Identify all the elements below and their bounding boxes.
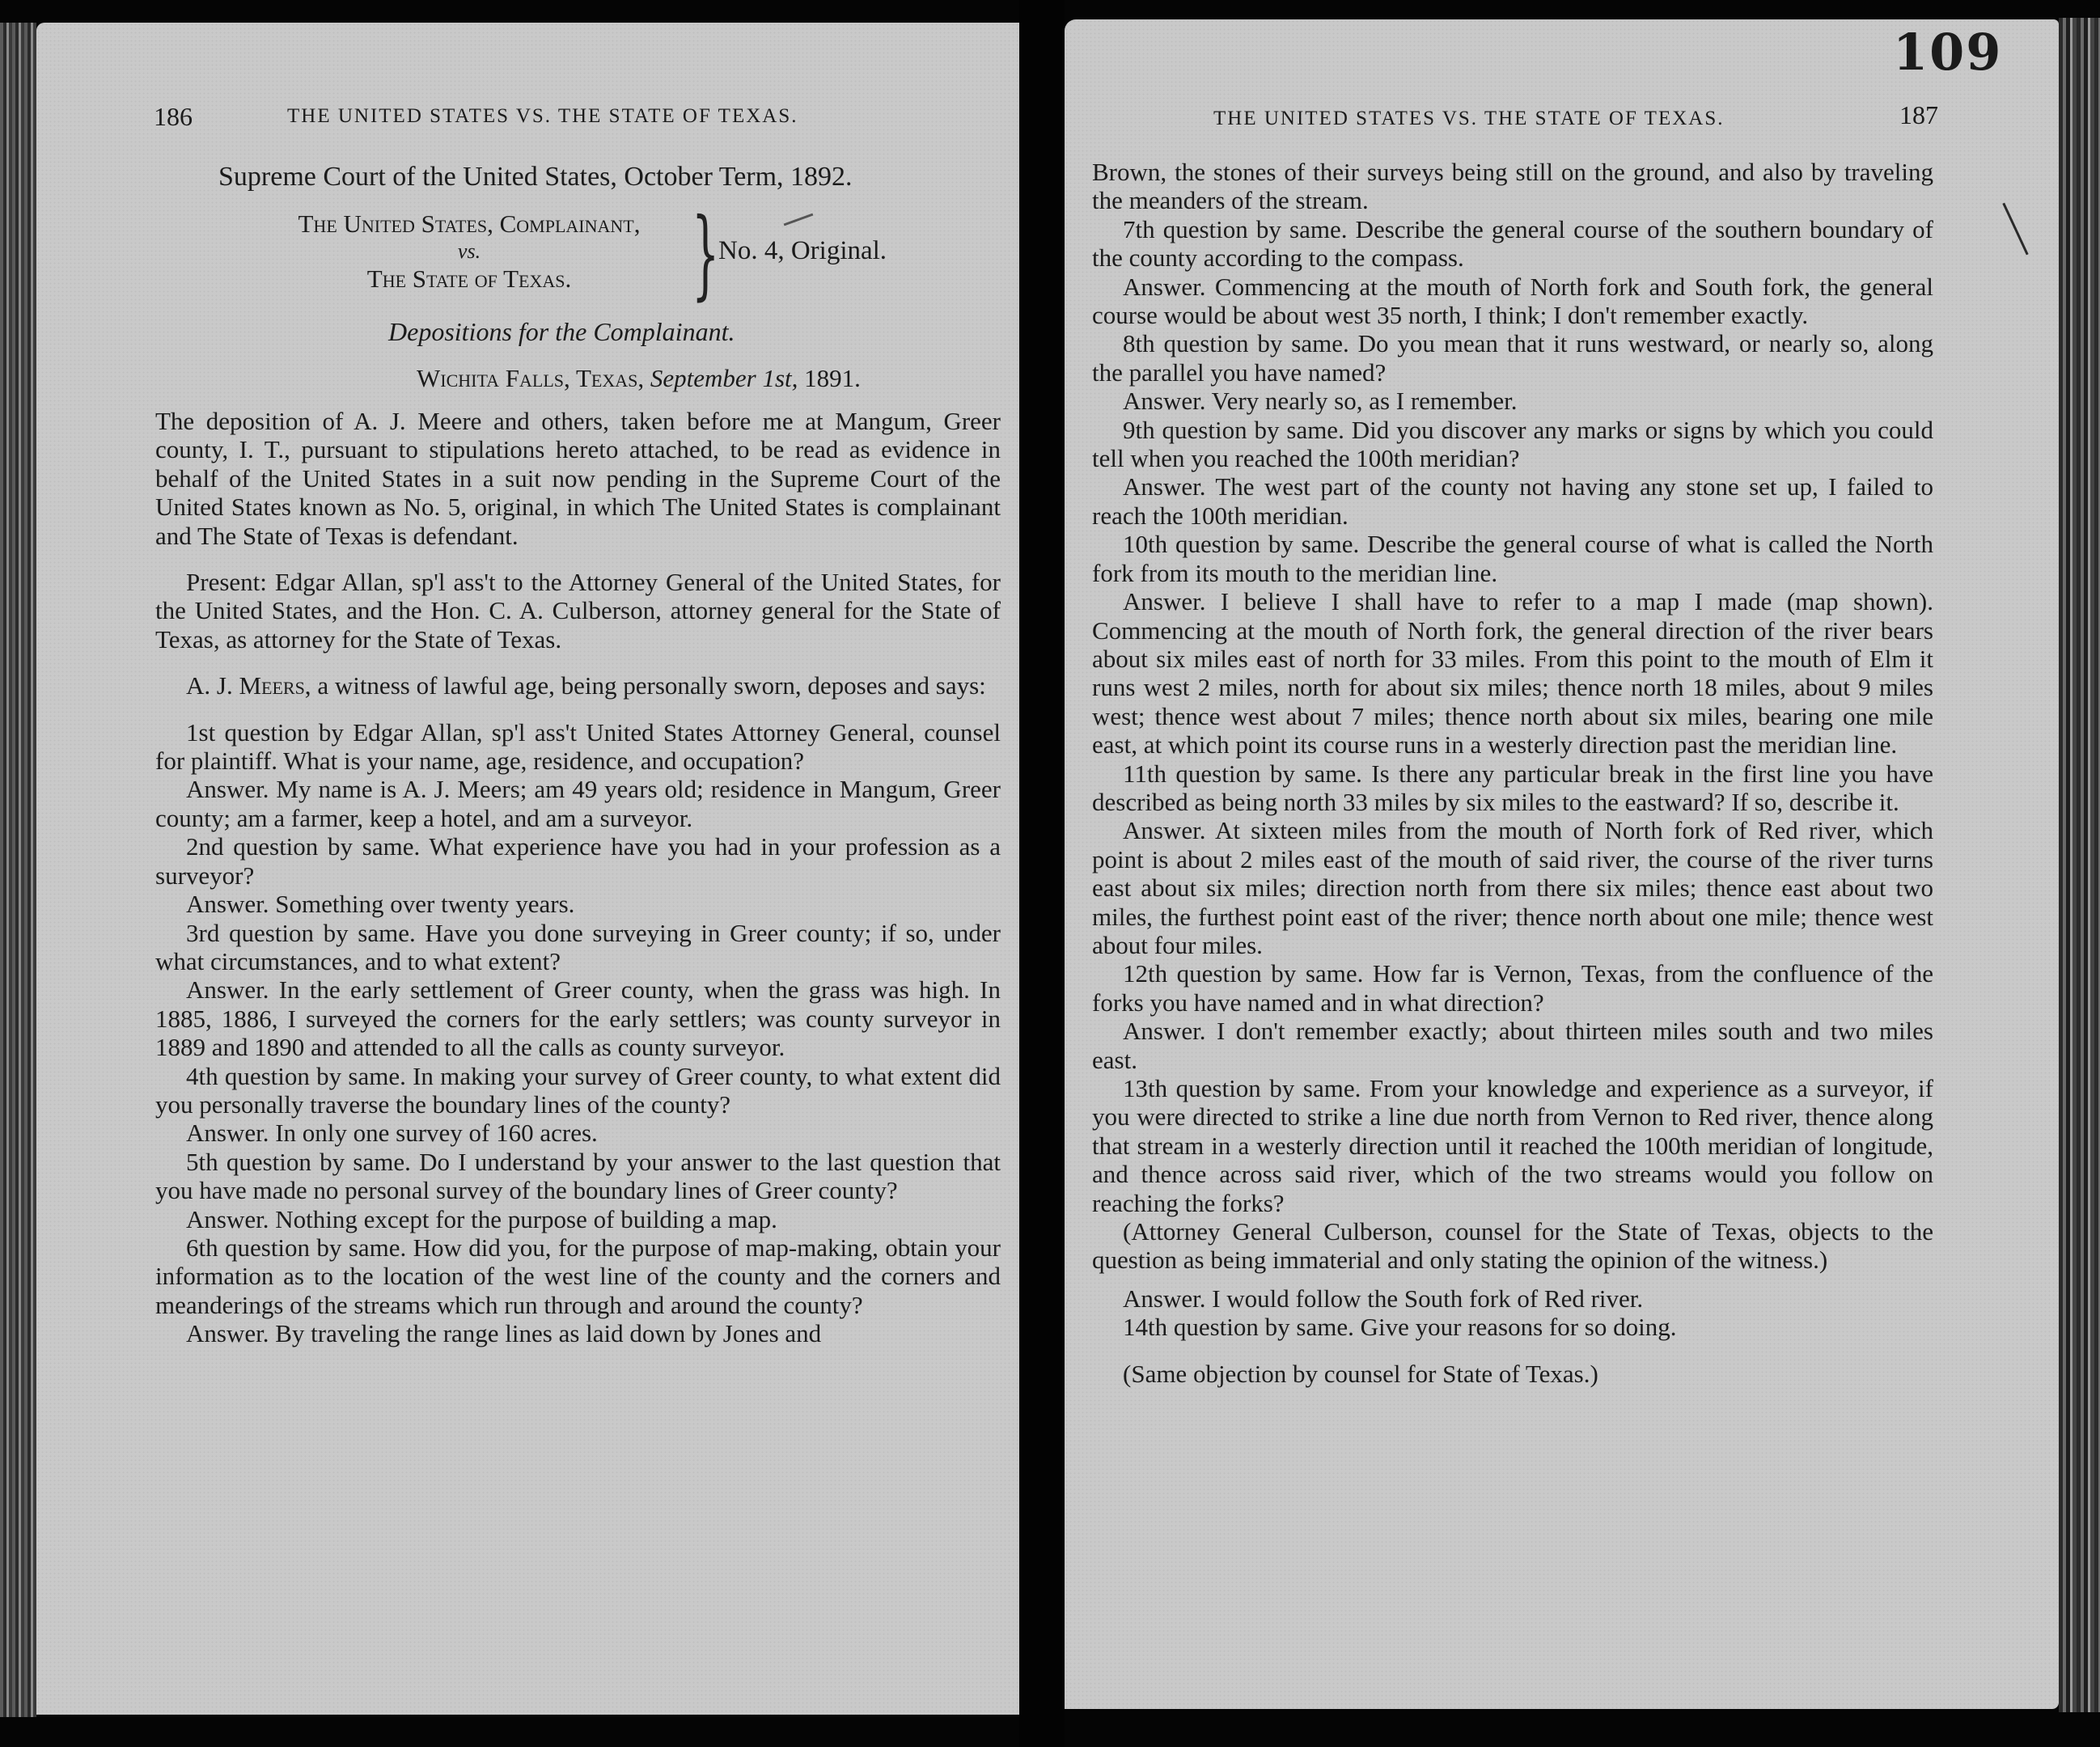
question-13: 13th question by same. From your knowled…	[1092, 1074, 1933, 1217]
left-running-head: The United States vs. The State of Texas…	[287, 105, 798, 128]
case-parties: The United States, Complainant, vs. The …	[243, 209, 696, 294]
question-1: 1st question by Edgar Allan, sp'l ass't …	[155, 718, 1001, 776]
book-spine-gutter	[1019, 0, 1065, 1747]
question-4: 4th question by same. In making your sur…	[155, 1062, 1001, 1119]
deposition-intro: The deposition of A. J. Meere and others…	[155, 407, 1001, 550]
party-complainant: The United States, Complainant,	[243, 209, 696, 239]
book-page-edges-left	[0, 23, 36, 1717]
dateline-place: Wichita Falls, Texas,	[417, 364, 644, 392]
answer-3: Answer. In the early settlement of Greer…	[155, 975, 1001, 1061]
objection-13: (Attorney General Culberson, counsel for…	[1092, 1217, 1933, 1275]
question-11: 11th question by same. Is there any part…	[1092, 759, 1933, 817]
question-10: 10th question by same. Describe the gene…	[1092, 530, 1933, 587]
question-6: 6th question by same. How did you, for t…	[155, 1233, 1001, 1319]
right-page-body: Brown, the stones of their surveys being…	[1092, 158, 1933, 1388]
answer-11: Answer. At sixteen miles from the mouth …	[1092, 816, 1933, 959]
question-5: 5th question by same. Do I understand by…	[155, 1148, 1001, 1205]
answer-10: Answer. I believe I shall have to refer …	[1092, 587, 1933, 759]
answer-12: Answer. I don't remember exactly; about …	[1092, 1017, 1933, 1074]
question-14: 14th question by same. Give your reasons…	[1092, 1313, 1933, 1341]
answer-5: Answer. Nothing except for the purpose o…	[155, 1205, 1001, 1233]
archive-stamp-number: 109	[1893, 23, 2002, 82]
question-7: 7th question by same. Describe the gener…	[1092, 215, 1933, 273]
answer-9: Answer. The west part of the county not …	[1092, 472, 1933, 530]
left-page-body: The deposition of A. J. Meere and others…	[155, 407, 1001, 1348]
answer-8: Answer. Very nearly so, as I remember.	[1092, 387, 1933, 415]
left-page-number: 186	[154, 102, 193, 132]
question-9: 9th question by same. Did you discover a…	[1092, 416, 1933, 473]
bracket-brace: }	[692, 206, 719, 303]
dateline: Wichita Falls, Texas, September 1st, 189…	[417, 364, 861, 393]
question-2: 2nd question by same. What experience ha…	[155, 832, 1001, 890]
party-defendant: The State of Texas.	[243, 264, 696, 294]
court-line: Supreme Court of the United States, Octo…	[218, 162, 853, 192]
answer-7: Answer. Commencing at the mouth of North…	[1092, 273, 1933, 330]
right-running-head: The United States vs. The State of Texas…	[1213, 108, 1725, 130]
witness-intro: A. J. Meers, a witness of lawful age, be…	[155, 671, 1001, 700]
book-page-edges-right	[2059, 18, 2100, 1712]
section-title: Depositions for the Complainant.	[388, 317, 735, 347]
dateline-date: September 1st,	[650, 364, 798, 392]
question-8: 8th question by same. Do you mean that i…	[1092, 329, 1933, 387]
answer-1: Answer. My name is A. J. Meers; am 49 ye…	[155, 775, 1001, 832]
answer-4: Answer. In only one survey of 160 acres.	[155, 1119, 1001, 1147]
answer-2: Answer. Something over twenty years.	[155, 890, 1001, 918]
question-3: 3rd question by same. Have you done surv…	[155, 919, 1001, 976]
present-paragraph: Present: Edgar Allan, sp'l ass't to the …	[155, 568, 1001, 654]
dateline-year: 1891.	[804, 364, 861, 392]
answer-6-start: Answer. By traveling the range lines as …	[155, 1319, 1001, 1347]
objection-14: (Same objection by counsel for State of …	[1092, 1360, 1933, 1388]
case-number: No. 4, Original.	[718, 236, 887, 266]
answer-6-continued: Brown, the stones of their surveys being…	[1092, 158, 1933, 215]
versus-label: vs.	[243, 239, 696, 264]
question-12: 12th question by same. How far is Vernon…	[1092, 959, 1933, 1017]
witness-name: A. J. Meers,	[186, 671, 311, 700]
answer-13: Answer. I would follow the South fork of…	[1092, 1284, 1933, 1313]
right-page-number: 187	[1899, 100, 1938, 130]
